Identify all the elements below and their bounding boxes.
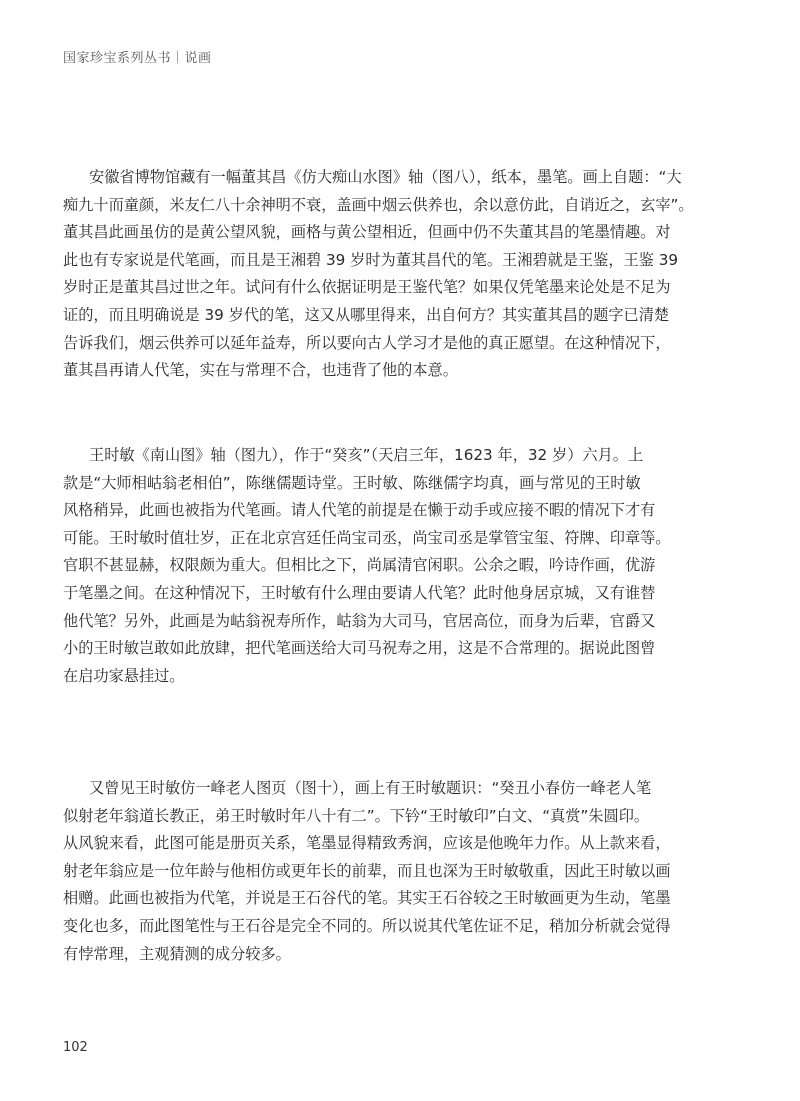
paragraph-3: 又曾见王时敏仿一峰老人图页（图十），画上有王时敏题识：“癸丑小春仿一峰老人笔 似…	[63, 775, 739, 968]
text-line: 董其昌此画虽仿的是黄公望风貌，画格与黄公望相近，但画中仍不失董其昌的笔墨情趣。对	[63, 219, 739, 247]
text-line: 有悖常理，主观猜测的成分较多。	[63, 941, 739, 969]
text-line: 官职不甚显赫，权限颇为重大。但相比之下，尚属清官闲职。公余之暇，吟诗作画，优游	[63, 552, 739, 580]
text-line: 风格稍异，此画也被指为代笔画。请人代笔的前提是在懒于动手或应接不暇的情况下才有	[63, 497, 739, 525]
text-line: 董其昌再请人代笔，实在与常理不合，也违背了他的本意。	[63, 357, 739, 385]
text-line: 此也有专家说是代笔画，而且是王湘碧 39 岁时为董其昌代的笔。王湘碧就是王鉴，王…	[63, 247, 739, 275]
text-line: 于笔墨之间。在这种情况下，王时敏有什么理由要请人代笔？此时他身居京城，又有谁替	[63, 580, 739, 608]
paragraph-2: 王时敏《南山图》轴（图九），作于“癸亥”（天启三年，1623 年，32 岁）六月…	[63, 442, 739, 690]
text-line: 射老年翁应是一位年龄与他相仿或更年长的前辈，而且也深为王时敏敬重，因此王时敏以画	[63, 858, 739, 886]
text-line: 岁时正是董其昌过世之年。试问有什么依据证明是王鉴代笔？如果仅凭笔墨来论处是不足为	[63, 274, 739, 302]
text-line: 他代笔？另外，此画是为岵翁祝寿所作，岵翁为大司马，官居高位，而身为后辈，官爵又	[63, 608, 739, 636]
text-line: 又曾见王时敏仿一峰老人图页（图十），画上有王时敏题识：“癸丑小春仿一峰老人笔	[63, 775, 739, 803]
text-line: 安徽省博物馆藏有一幅董其昌《仿大痴山水图》轴（图八），纸本，墨笔。画上自题：“大	[63, 164, 739, 192]
text-line: 证的，而且明确说是 39 岁代的笔，这又从哪里得来，出自何方？其实董其昌的题字已…	[63, 302, 739, 330]
text-line: 王时敏《南山图》轴（图九），作于“癸亥”（天启三年，1623 年，32 岁）六月…	[63, 442, 739, 470]
text-line: 痴九十而童颜，米友仁八十余神明不衰，盖画中烟云供养也，余以意仿此，自诮近之，玄宰…	[63, 192, 739, 220]
text-line: 似射老年翁道长教正，弟王时敏时年八十有二”。下钤“王时敏印”白文、“真赏”朱圆印…	[63, 803, 739, 831]
text-line: 变化也多，而此图笔性与王石谷是完全不同的。所以说其代笔佐证不足，稍加分析就会觉得	[63, 913, 739, 941]
page-number: 102	[63, 1040, 88, 1055]
text-line: 从风貌来看，此图可能是册页关系，笔墨显得精致秀润，应该是他晚年力作。从上款来看，	[63, 830, 739, 858]
running-header: 国家珍宝系列丛书｜说画	[63, 47, 212, 66]
text-line: 款是“大师相岵翁老相伯”，陈继儒题诗堂。王时敏、陈继儒字均真，画与常见的王时敏	[63, 470, 739, 498]
paragraph-1: 安徽省博物馆藏有一幅董其昌《仿大痴山水图》轴（图八），纸本，墨笔。画上自题：“大…	[63, 164, 739, 385]
text-line: 告诉我们，烟云供养可以延年益寿，所以要向古人学习才是他的真正愿望。在这种情况下，	[63, 330, 739, 358]
text-line: 可能。王时敏时值壮岁，正在北京宫廷任尚宝司丞，尚宝司丞是掌管宝玺、符牌、印章等。	[63, 525, 739, 553]
text-line: 在启功家悬挂过。	[63, 663, 739, 691]
text-line: 相赠。此画也被指为代笔，并说是王石谷代的笔。其实王石谷较之王时敏画更为生动，笔墨	[63, 885, 739, 913]
text-line: 小的王时敏岂敢如此放肆，把代笔画送给大司马祝寿之用，这是不合常理的。据说此图曾	[63, 635, 739, 663]
